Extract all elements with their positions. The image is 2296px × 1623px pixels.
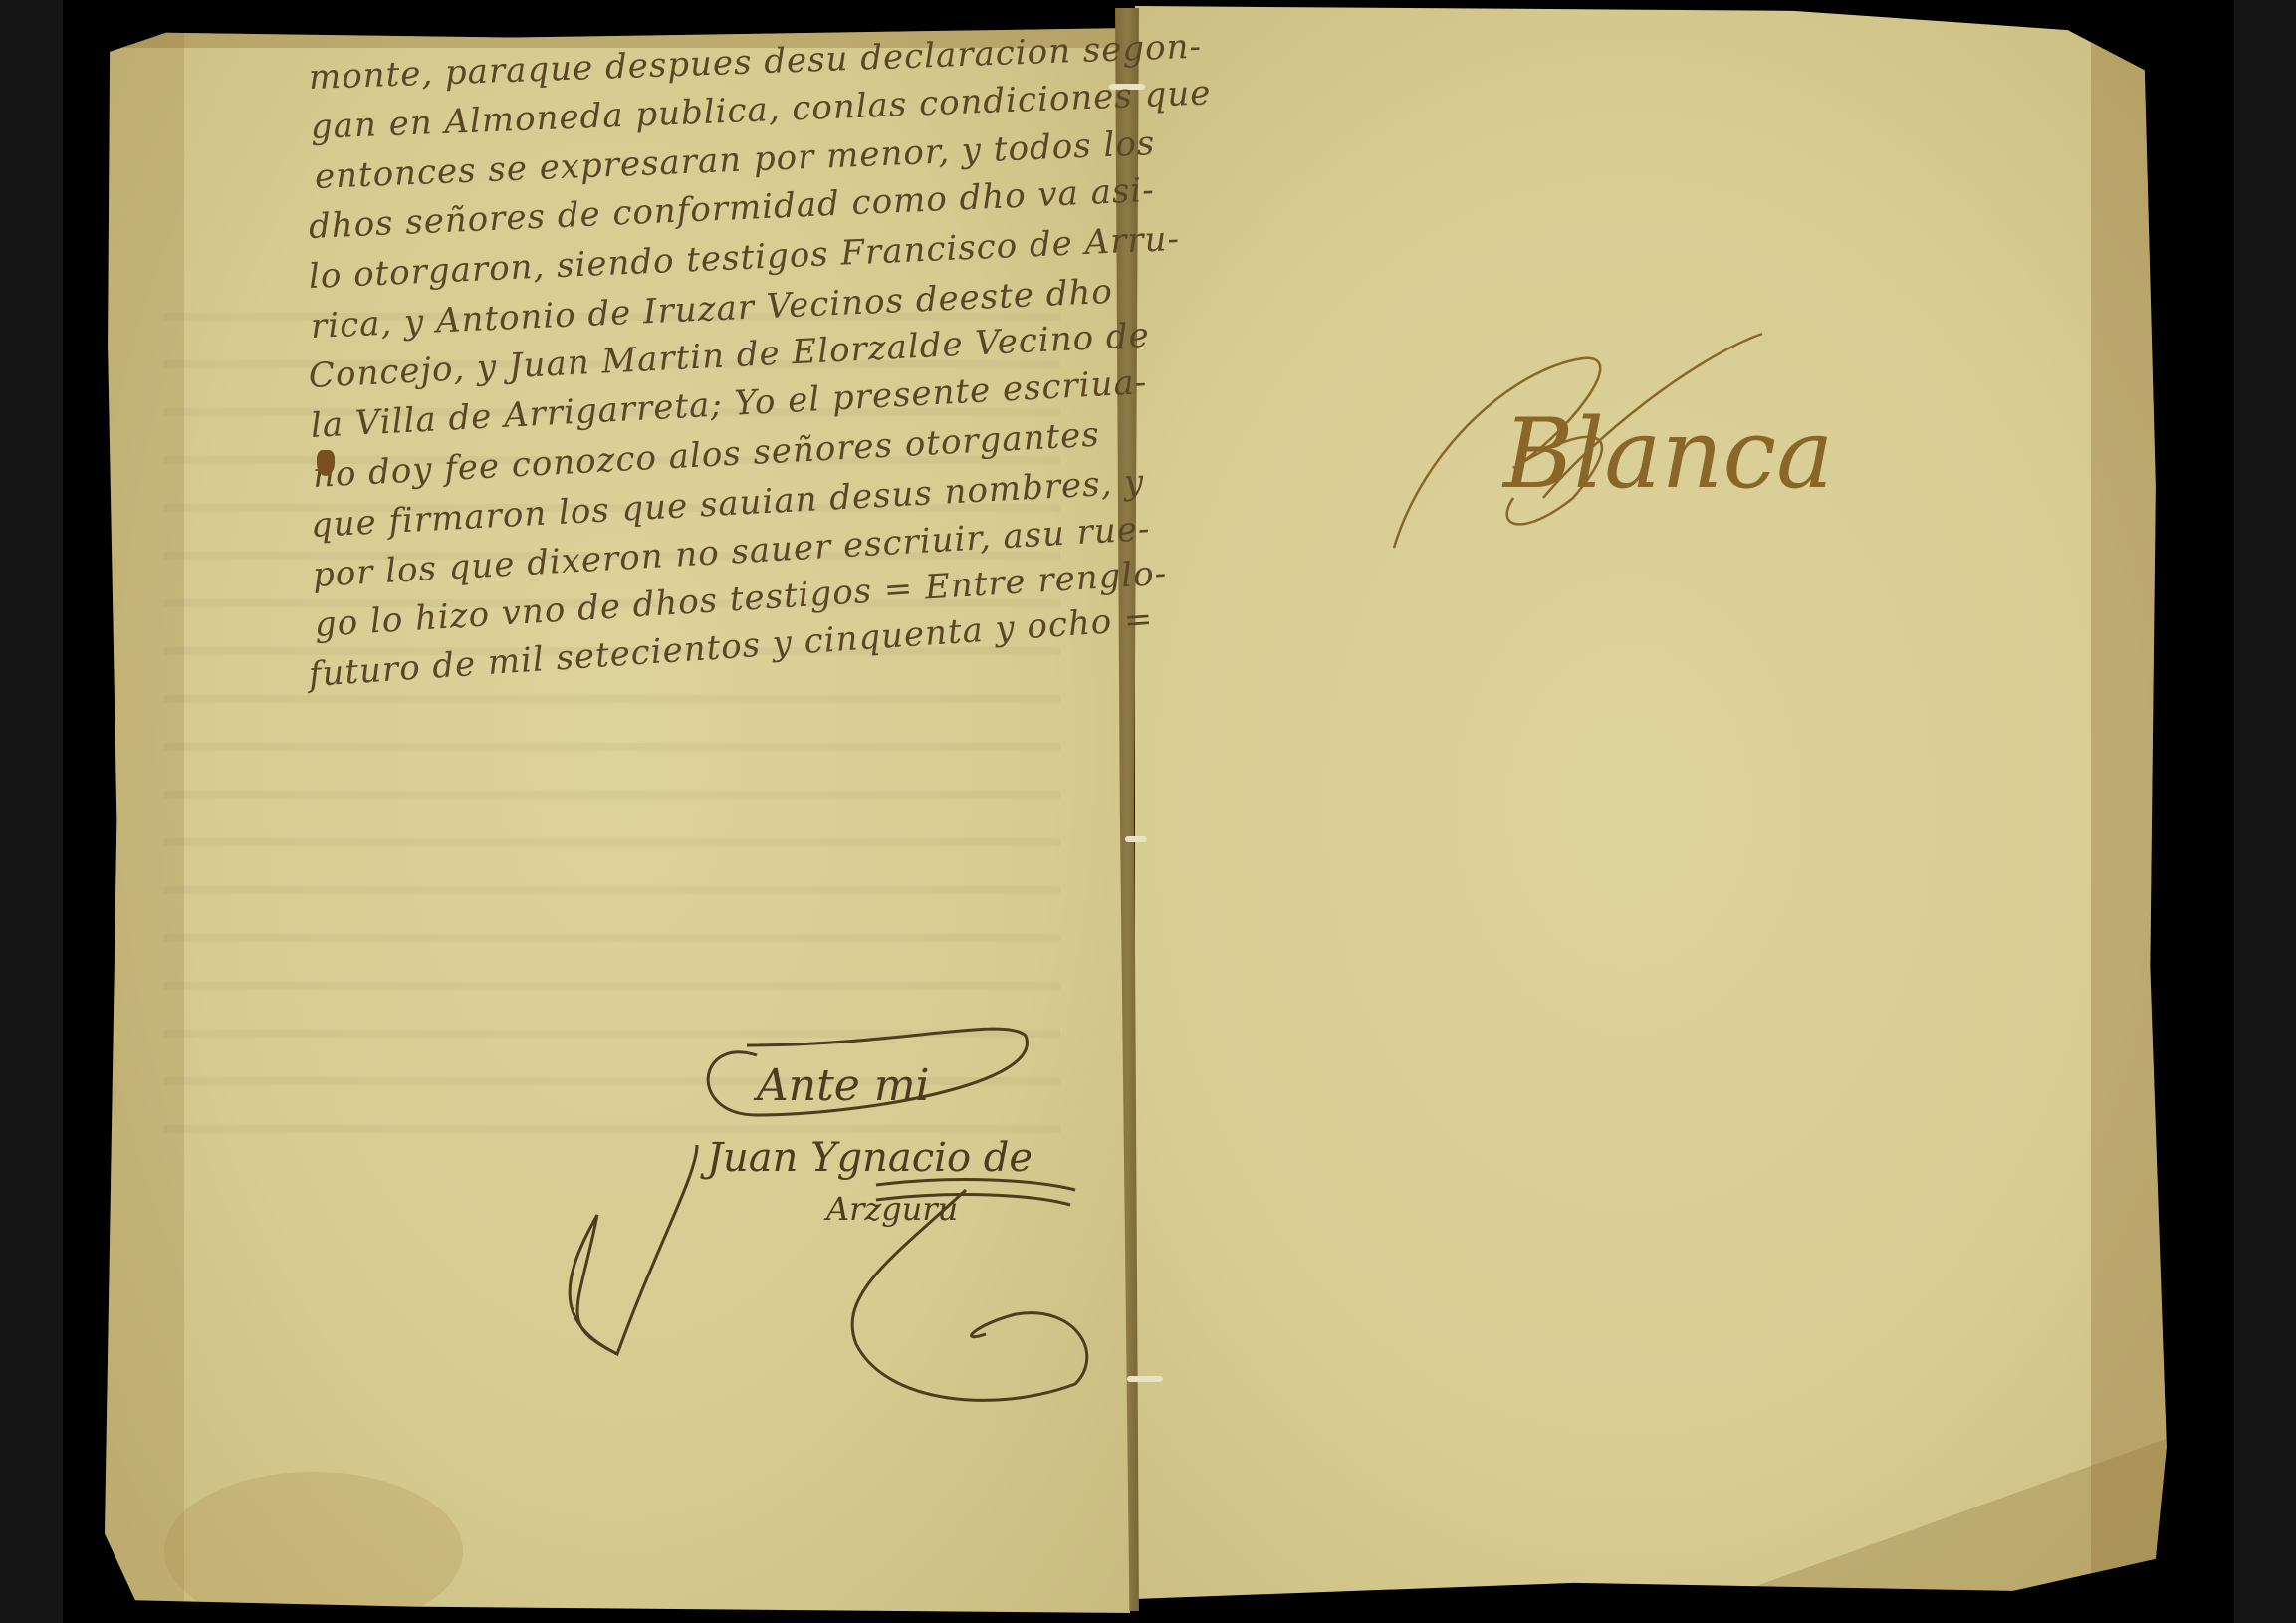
signature-B-flourish <box>0 0 2296 1623</box>
signature-text: Blanca <box>1503 398 1833 510</box>
